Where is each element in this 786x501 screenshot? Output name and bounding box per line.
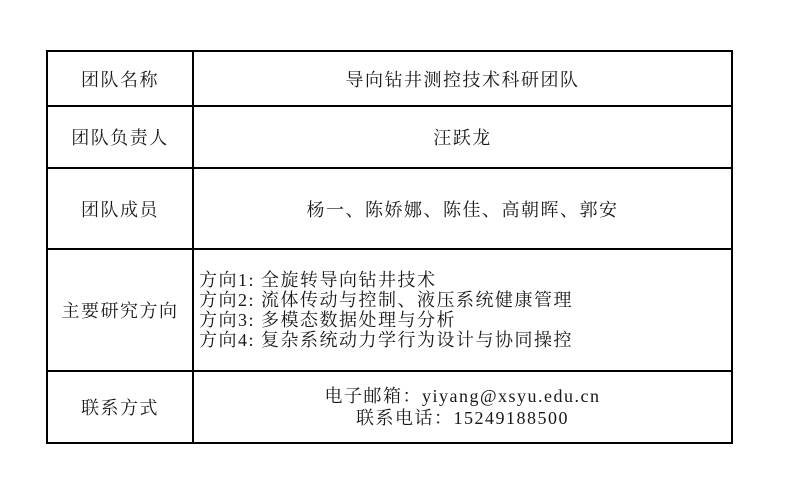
team-members-label: 团队成员 bbox=[47, 168, 193, 249]
table-row-team-members: 团队成员 杨一、陈娇娜、陈佳、高朝晖、郭安 bbox=[47, 168, 732, 249]
research-direction-4: 方向4: 复杂系统动力学行为设计与协同操控 bbox=[199, 330, 731, 350]
page: 团队名称 导向钻井测控技术科研团队 团队负责人 汪跃龙 团队成员 杨一、陈娇娜、… bbox=[0, 0, 786, 501]
research-direction-2: 方向2: 流体传动与控制、液压系统健康管理 bbox=[199, 290, 731, 310]
research-direction-1: 方向1: 全旋转导向钻井技术 bbox=[199, 270, 731, 290]
research-directions-label: 主要研究方向 bbox=[47, 249, 193, 371]
table-row-team-leader: 团队负责人 汪跃龙 bbox=[47, 106, 732, 168]
contact-email: 电子邮箱：yiyang@xsyu.edu.cn bbox=[194, 385, 731, 407]
contact-label: 联系方式 bbox=[47, 371, 193, 443]
contact-value: 电子邮箱：yiyang@xsyu.edu.cn 联系电话：15249188500 bbox=[193, 371, 732, 443]
team-name-value: 导向钻井测控技术科研团队 bbox=[193, 51, 732, 106]
team-leader-value: 汪跃龙 bbox=[193, 106, 732, 168]
research-directions-value: 方向1: 全旋转导向钻井技术 方向2: 流体传动与控制、液压系统健康管理 方向3… bbox=[193, 249, 732, 371]
table-row-team-name: 团队名称 导向钻井测控技术科研团队 bbox=[47, 51, 732, 106]
contact-phone: 联系电话：15249188500 bbox=[194, 407, 731, 429]
team-members-value: 杨一、陈娇娜、陈佳、高朝晖、郭安 bbox=[193, 168, 732, 249]
table-row-contact: 联系方式 电子邮箱：yiyang@xsyu.edu.cn 联系电话：152491… bbox=[47, 371, 732, 443]
team-info-table: 团队名称 导向钻井测控技术科研团队 团队负责人 汪跃龙 团队成员 杨一、陈娇娜、… bbox=[46, 50, 733, 444]
table-row-research-directions: 主要研究方向 方向1: 全旋转导向钻井技术 方向2: 流体传动与控制、液压系统健… bbox=[47, 249, 732, 371]
team-name-label: 团队名称 bbox=[47, 51, 193, 106]
research-direction-3: 方向3: 多模态数据处理与分析 bbox=[199, 310, 731, 330]
team-leader-label: 团队负责人 bbox=[47, 106, 193, 168]
